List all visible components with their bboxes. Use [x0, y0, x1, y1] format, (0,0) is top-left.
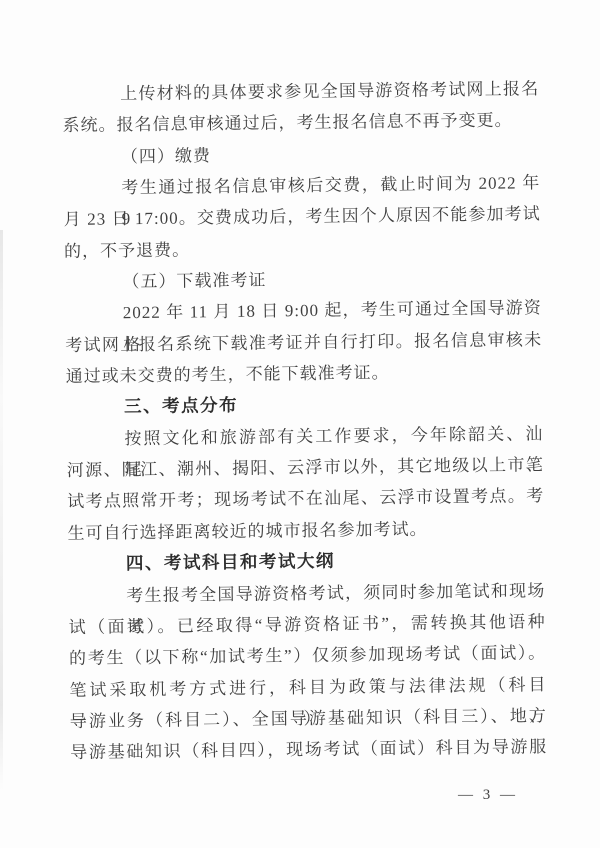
text-line: 导游基础知识（科目四），现场考试（面试）科目为导游服 [70, 731, 547, 768]
text-line: 考试网上报名系统下载准考证并自行打印。报名信息审核未 [65, 324, 542, 361]
text-line: 系统。报名信息审核通过后，考生报名信息不再予变更。 [62, 105, 539, 142]
text-line: 月 23 日 17:00。交费成功后，考生因个人原因不能参加考试 [64, 199, 541, 236]
document-page: 上传材料的具体要求参见全国导游资格考试网上报名系统。报名信息审核通过后，考生报名… [0, 0, 600, 848]
page-number: — 3 — [458, 783, 518, 807]
text-line: 试考点照常开考；现场考试不在汕尾、云浮市设置考点。考 [67, 481, 544, 518]
text-line: 的考生（以下称“加试考生”）仅须参加现场考试（面试）。 [69, 637, 546, 674]
scan-edge-artifact [0, 230, 3, 790]
document-body: 上传材料的具体要求参见全国导游资格考试网上报名系统。报名信息审核通过后，考生报名… [62, 73, 547, 768]
